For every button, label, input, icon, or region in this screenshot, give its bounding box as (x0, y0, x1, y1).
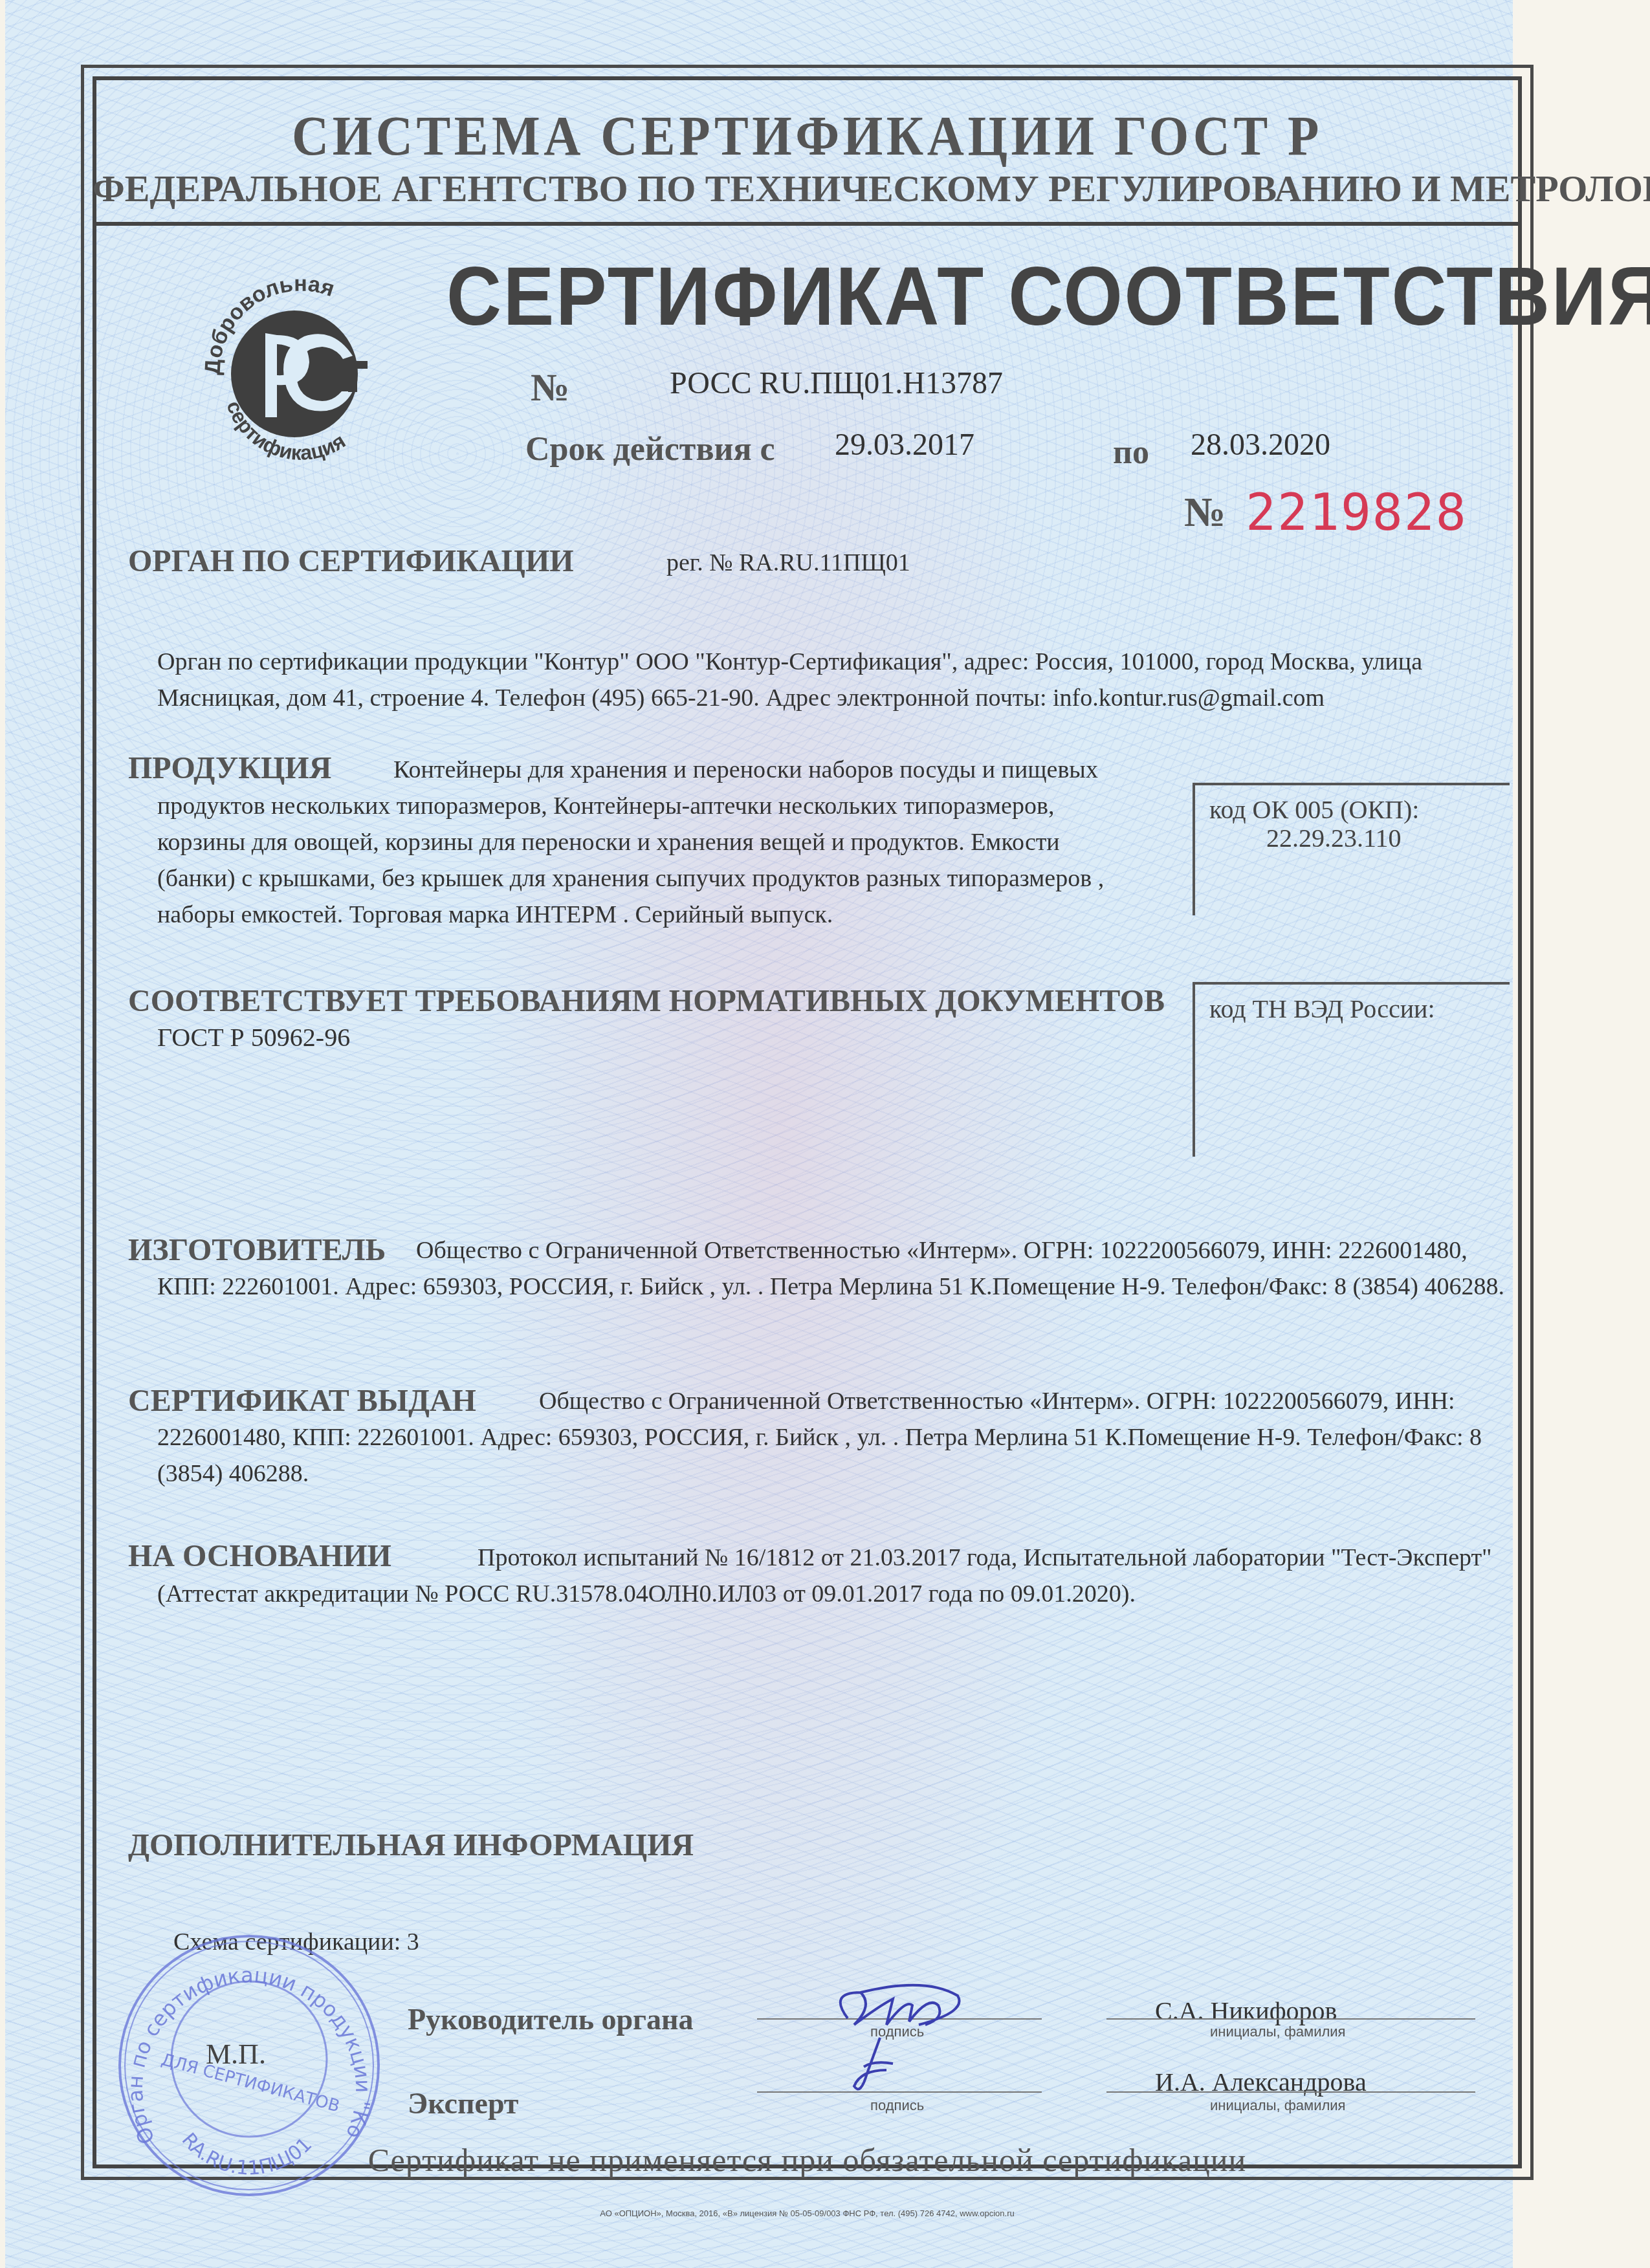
additional-info-heading: ДОПОЛНИТЕЛЬНАЯ ИНФОРМАЦИЯ (128, 1827, 694, 1863)
expert-signature-icon (841, 2034, 906, 2099)
head-name: С.А. Никифоров (1155, 1996, 1337, 2026)
head-of-body-label: Руководитель органа (408, 2002, 693, 2036)
basis-details: Протокол испытаний № 16/1812 от 21.03.20… (157, 1540, 1516, 1612)
voluntary-disclaimer: Сертификат не применяется при обязательн… (93, 2141, 1522, 2179)
okp-code-value: 22.29.23.110 (1266, 823, 1402, 853)
manufacturer-details: Общество с Ограниченной Ответственностью… (157, 1232, 1516, 1305)
certificate-title: СЕРТИФИКАТ СООТВЕТСТВИЯ (446, 249, 1650, 344)
head-name-caption: инициалы, фамилия (1210, 2023, 1346, 2040)
valid-to-date: 28.03.2020 (1191, 427, 1330, 463)
tnved-code-label: код ТН ВЭД России: (1209, 994, 1435, 1024)
rst-voluntary-certification-logo: Добровольная сертификация (194, 265, 401, 472)
valid-from-date: 29.03.2017 (835, 427, 974, 463)
agency-name: ФЕДЕРАЛЬНОЕ АГЕНТСТВО ПО ТЕХНИЧЕСКОМУ РЕ… (93, 167, 1522, 210)
head-name-line (1106, 2018, 1475, 2020)
certificate-number: РОСС RU.ПЩ01.Н13787 (670, 365, 1003, 401)
header-divider (93, 222, 1522, 226)
normative-standard: ГОСТ Р 50962-96 (157, 1022, 350, 1052)
okp-code-label: код ОК 005 (ОКП): (1209, 794, 1419, 825)
tnved-code-box: код ТН ВЭД России: (1193, 982, 1510, 1157)
certification-body-reg-number: рег. № RA.RU.11ПЩ01 (666, 549, 910, 577)
certification-body-text: Орган по сертификации продукции "Контур"… (157, 644, 1523, 716)
expert-name-line (1106, 2091, 1475, 2093)
expert-name-caption: инициалы, фамилия (1210, 2097, 1346, 2114)
printer-imprint: АО «ОПЦИОН», Москва, 2016, «В» лицензия … (93, 2208, 1522, 2218)
conformity-heading: СООТВЕТСТВУЕТ ТРЕБОВАНИЯМ НОРМАТИВНЫХ ДО… (128, 983, 1165, 1019)
stamp-place-label: М.П. (206, 2038, 266, 2071)
number-sign: № (531, 365, 569, 410)
expert-signature-caption: подпись (870, 2097, 924, 2114)
certification-body-heading: ОРГАН ПО СЕРТИФИКАЦИИ (128, 543, 574, 579)
expert-label: Эксперт (408, 2086, 518, 2121)
blank-number-sign: № (1184, 488, 1226, 536)
product-description: Контейнеры для хранения и переноски набо… (157, 752, 1108, 933)
issued-to-details: Общество с Ограниченной Ответственностью… (157, 1383, 1516, 1492)
blank-serial-number: 2219828 (1246, 484, 1468, 542)
system-title: СИСТЕМА СЕРТИФИКАЦИИ ГОСТ Р (149, 104, 1464, 168)
valid-to-label: по (1113, 433, 1149, 472)
okp-code-box: код ОК 005 (ОКП): 22.29.23.110 (1193, 783, 1510, 915)
validity-label: Срок действия с (525, 430, 775, 468)
